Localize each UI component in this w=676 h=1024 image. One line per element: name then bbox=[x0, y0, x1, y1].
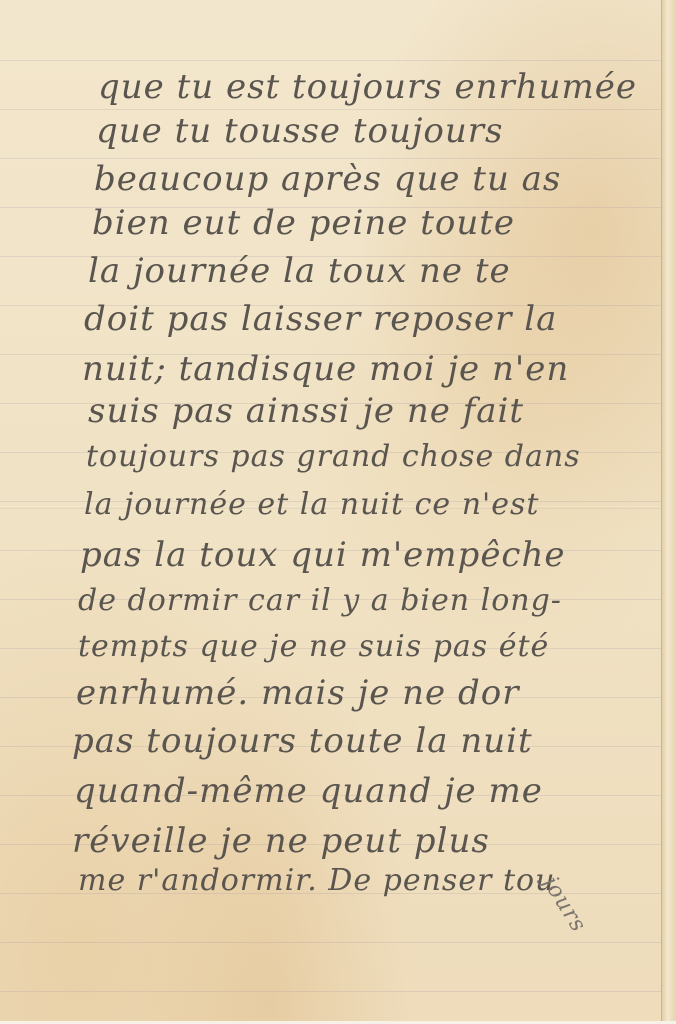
handwritten-line-12: de dormir car il y a bien long- bbox=[78, 586, 562, 616]
handwritten-line-5: la journée la toux ne te bbox=[88, 254, 511, 288]
handwritten-line-2: que tu tousse toujours bbox=[96, 114, 503, 148]
handwritten-line-7: nuit; tandisque moi je n'en bbox=[82, 352, 569, 386]
handwritten-line-1: que tu est toujours enrhumée bbox=[98, 70, 637, 104]
handwritten-line-6: doit pas laisser reposer la bbox=[84, 302, 557, 336]
handwritten-line-17: réveille je ne peut plus bbox=[72, 824, 490, 858]
handwritten-line-9: toujours pas grand chose dans bbox=[86, 442, 581, 472]
handwritten-line-18-main: me r'andormir. De penser tou bbox=[78, 863, 555, 898]
page-right-edge bbox=[661, 0, 676, 1024]
handwritten-line-11: pas la toux qui m'empêche bbox=[80, 538, 566, 572]
handwritten-line-18: me r'andormir. De penser toujours bbox=[78, 866, 618, 896]
handwritten-line-18-wrapped-word: jours bbox=[539, 873, 590, 936]
handwritten-line-3: beaucoup après que tu as bbox=[94, 162, 561, 196]
handwritten-line-13: tempts que je ne suis pas été bbox=[78, 632, 549, 662]
letter-page: que tu est toujours enrhumée que tu tous… bbox=[0, 0, 676, 1024]
handwritten-line-10: la journée et la nuit ce n'est bbox=[84, 490, 539, 520]
handwritten-line-15: pas toujours toute la nuit bbox=[72, 724, 533, 758]
handwritten-line-4: bien eut de peine toute bbox=[92, 206, 515, 240]
handwritten-line-8: suis pas ainssi je ne fait bbox=[88, 394, 524, 428]
handwritten-line-16: quand-même quand je me bbox=[74, 774, 543, 808]
handwritten-line-14: enrhumé. mais je ne dor bbox=[76, 676, 519, 710]
